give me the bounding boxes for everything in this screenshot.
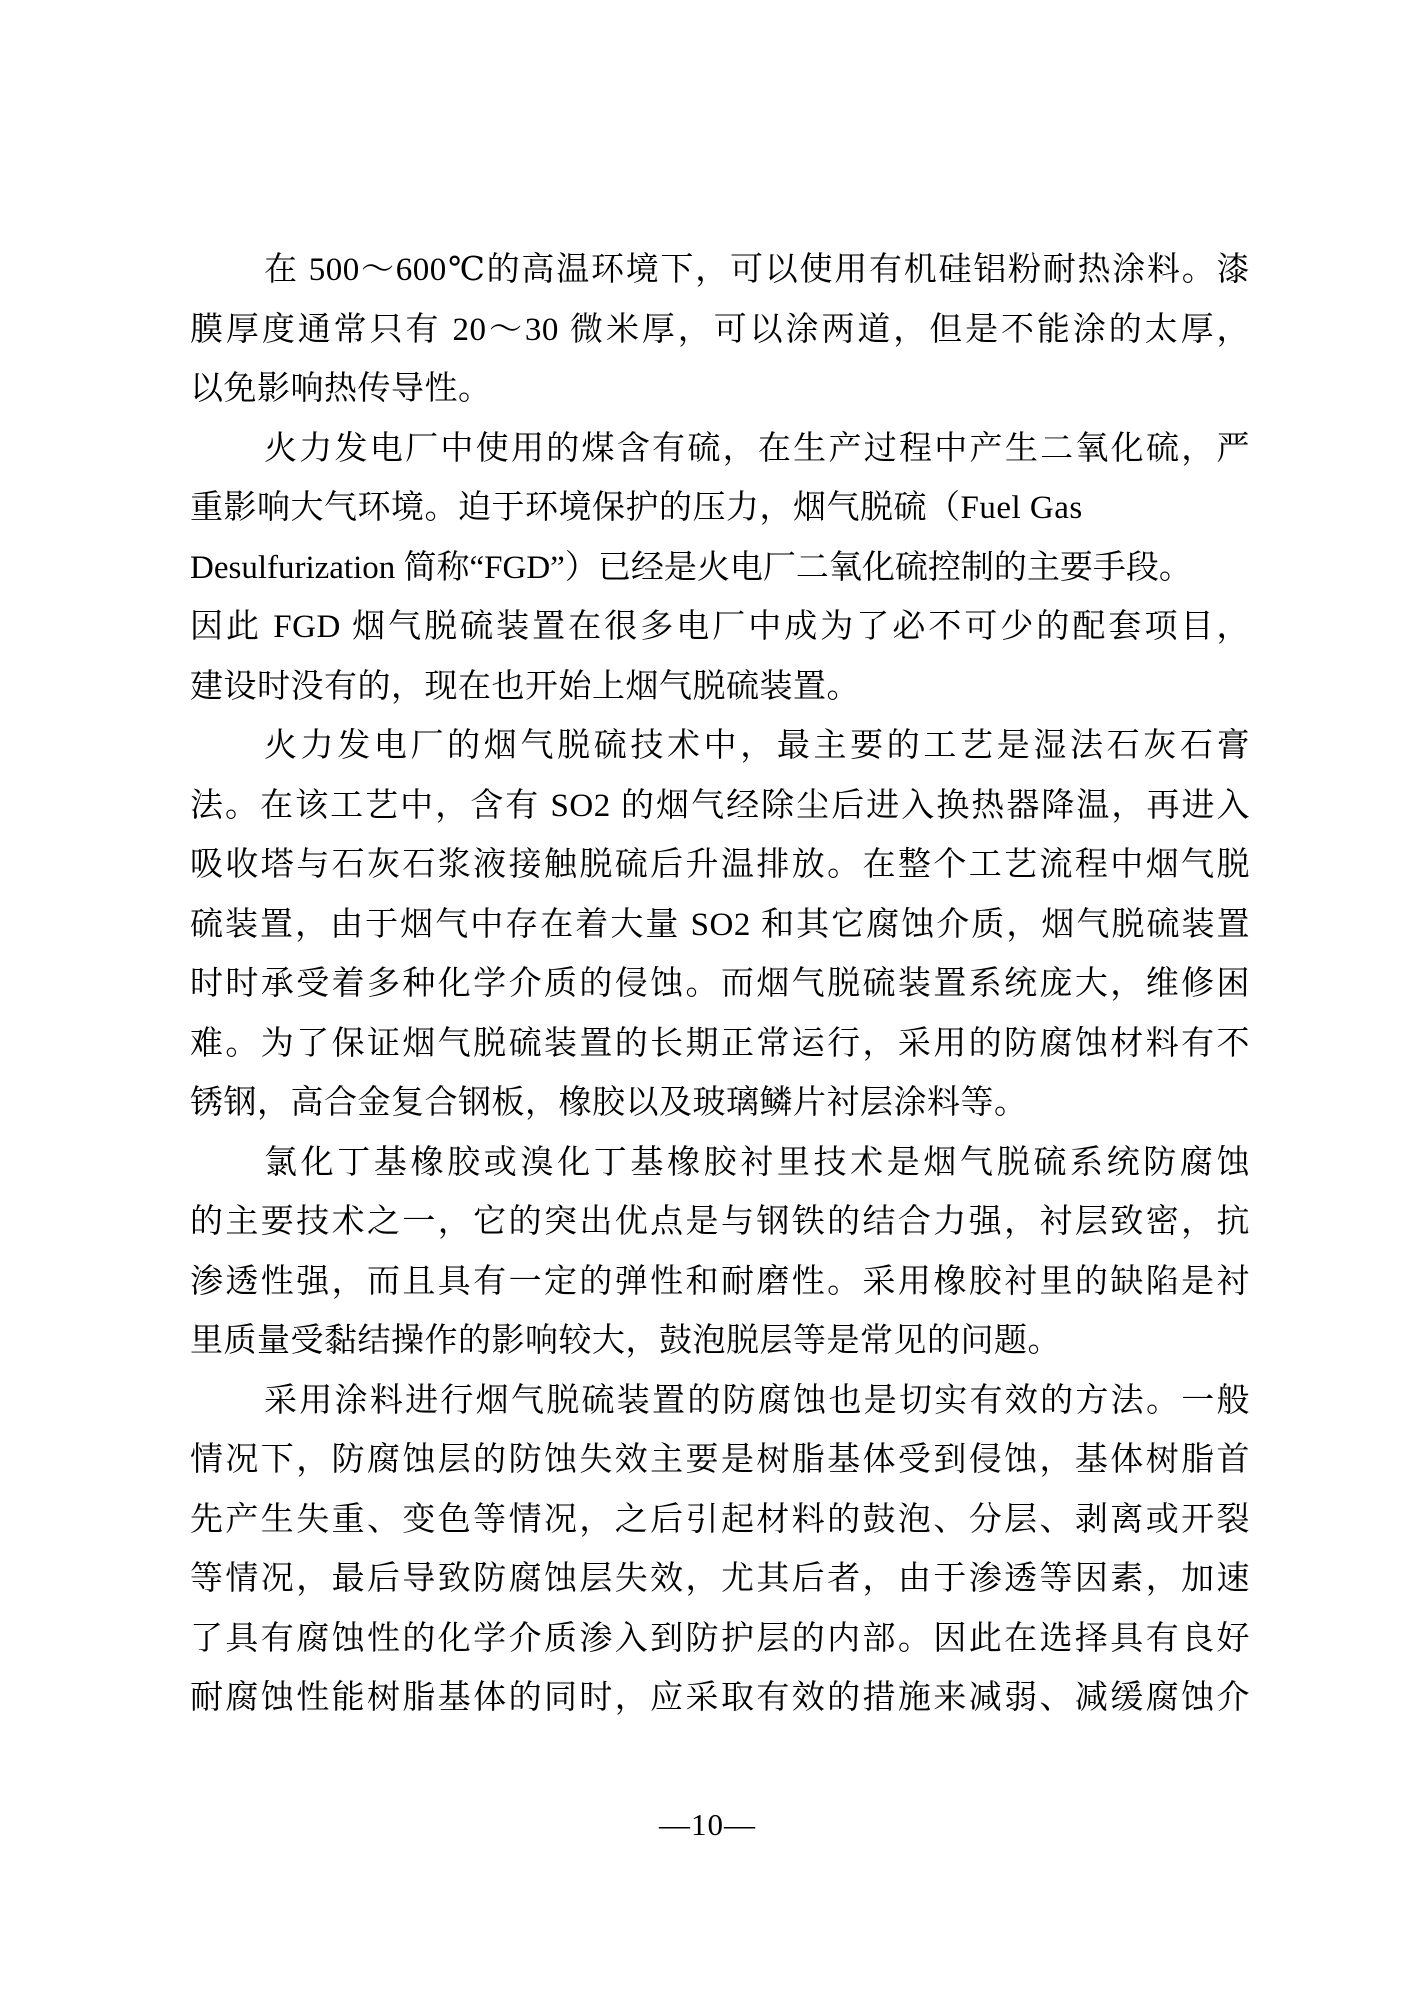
text-line: 氯化丁基橡胶或溴化丁基橡胶衬里技术是烟气脱硫系统防腐蚀 bbox=[190, 1134, 1250, 1194]
text-line: 以免影响热传导性。 bbox=[190, 360, 1250, 420]
text-line: 吸收塔与石灰石浆液接触脱硫后升温排放。在整个工艺流程中烟气脱 bbox=[190, 836, 1250, 896]
text-line: 因此 FGD 烟气脱硫装置在很多电厂中成为了必不可少的配套项目， bbox=[190, 598, 1250, 658]
text-line: 在 500～600℃的高温环境下，可以使用有机硅铝粉耐热涂料。漆 bbox=[190, 241, 1250, 301]
text-line: Desulfurization 简称“FGD”）已经是火电厂二氧化硫控制的主要手… bbox=[190, 539, 1250, 599]
text-body: 在 500～600℃的高温环境下，可以使用有机硅铝粉耐热涂料。漆 膜厚度通常只有… bbox=[190, 241, 1250, 1729]
text-line: 膜厚度通常只有 20～30 微米厚，可以涂两道，但是不能涂的太厚， bbox=[190, 301, 1250, 361]
text-line: 采用涂料进行烟气脱硫装置的防腐蚀也是切实有效的方法。一般 bbox=[190, 1372, 1250, 1432]
text-line: 火力发电厂的烟气脱硫技术中，最主要的工艺是湿法石灰石膏 bbox=[190, 717, 1250, 777]
text-line: 火力发电厂中使用的煤含有硫，在生产过程中产生二氧化硫，严 bbox=[190, 420, 1250, 480]
text-line: 硫装置，由于烟气中存在着大量 SO2 和其它腐蚀介质，烟气脱硫装置 bbox=[190, 896, 1250, 956]
text-line: 了具有腐蚀性的化学介质渗入到防护层的内部。因此在选择具有良好 bbox=[190, 1610, 1250, 1670]
text-line: 里质量受黏结操作的影响较大，鼓泡脱层等是常见的问题。 bbox=[190, 1312, 1250, 1372]
text-line: 法。在该工艺中，含有 SO2 的烟气经除尘后进入换热器降温，再进入 bbox=[190, 777, 1250, 837]
text-line: 的主要技术之一，它的突出优点是与钢铁的结合力强，衬层致密，抗 bbox=[190, 1193, 1250, 1253]
text-line: 重影响大气环境。迫于环境保护的压力，烟气脱硫（Fuel Gas bbox=[190, 479, 1250, 539]
text-line: 情况下，防腐蚀层的防蚀失效主要是树脂基体受到侵蚀，基体树脂首 bbox=[190, 1431, 1250, 1491]
text-line: 渗透性强，而且具有一定的弹性和耐磨性。采用橡胶衬里的缺陷是衬 bbox=[190, 1253, 1250, 1313]
text-line: 难。为了保证烟气脱硫装置的长期正常运行，采用的防腐蚀材料有不 bbox=[190, 1015, 1250, 1075]
text-line: 耐腐蚀性能树脂基体的同时，应采取有效的措施来减弱、减缓腐蚀介 bbox=[190, 1669, 1250, 1729]
text-line: 锈钢，高合金复合钢板，橡胶以及玻璃鳞片衬层涂料等。 bbox=[190, 1074, 1250, 1134]
text-line: 先产生失重、变色等情况，之后引起材料的鼓泡、分层、剥离或开裂 bbox=[190, 1491, 1250, 1551]
text-line: 等情况，最后导致防腐蚀层失效，尤其后者，由于渗透等因素，加速 bbox=[190, 1550, 1250, 1610]
text-line: 建设时没有的，现在也开始上烟气脱硫装置。 bbox=[190, 658, 1250, 718]
text-line: 时时承受着多种化学介质的侵蚀。而烟气脱硫装置系统庞大，维修困 bbox=[190, 955, 1250, 1015]
document-page: 在 500～600℃的高温环境下，可以使用有机硅铝粉耐热涂料。漆 膜厚度通常只有… bbox=[0, 0, 1415, 2000]
page-number: —10— bbox=[0, 1803, 1415, 1847]
